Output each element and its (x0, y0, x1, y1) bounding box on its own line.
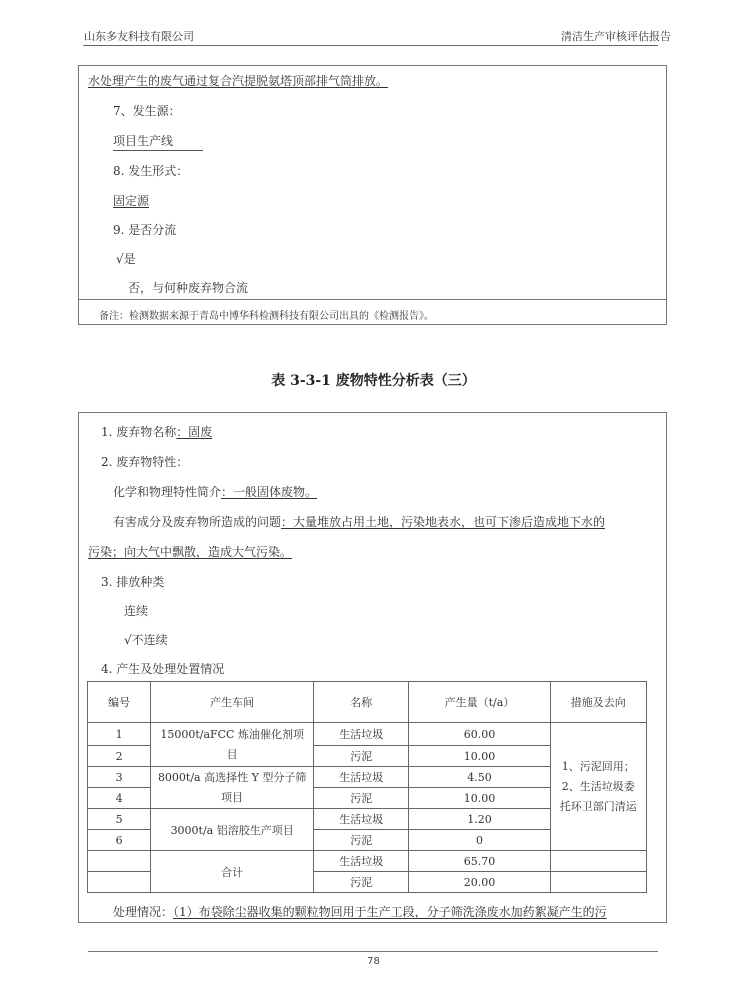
header-no: 编号 (88, 682, 151, 723)
hazard-value-line1: ：大量堆放占用土地，污染地表水，也可下渗后造成地下水的 (281, 515, 605, 529)
row-amount: 65.70 (409, 851, 550, 872)
row-no: 2 (88, 746, 151, 767)
row-name: 生活垃圾 (314, 809, 409, 830)
workshop-cell: 3000t/a 铝溶胶生产项目 (151, 809, 314, 851)
item8-value: 固定源 (113, 192, 149, 209)
row-no: 6 (88, 830, 151, 851)
hazard-row: 有害成分及废弃物所造成的问题：大量堆放占用土地，污染地表水，也可下渗后造成地下水… (113, 513, 605, 530)
workshop-cell: 8000t/a 高选择性 Y 型分子筛项目 (151, 767, 314, 809)
row-amount: 4.50 (409, 767, 550, 788)
item1-row: 1. 废弃物名称：固废 (101, 423, 212, 440)
row-amount: 10.00 (409, 746, 550, 767)
row-name: 污泥 (314, 788, 409, 809)
row-name: 污泥 (314, 746, 409, 767)
note-divider (79, 299, 666, 300)
row-name: 污泥 (314, 830, 409, 851)
table-header-row: 编号 产生车间 名称 产生量（t/a） 措施及去向 (88, 682, 647, 723)
item2-label: 2. 废弃物特性： (101, 453, 188, 470)
continued-text: 水处理产生的废气通过复合汽提脱氨塔顶部排气筒排放。 (88, 72, 388, 89)
row-amount: 20.00 (409, 872, 550, 893)
row-amount: 10.00 (409, 788, 550, 809)
item9-label: 9. 是否分流 (113, 221, 176, 238)
workshop-cell-total: 合计 (151, 851, 314, 893)
row-name: 污泥 (314, 872, 409, 893)
treatment-row: 处理情况：（1）布袋除尘器收集的颗粒物回用于生产工段，分子筛洗涤废水加药絮凝产生… (113, 903, 607, 920)
workshop-cell: 15000t/aFCC 炼油催化剂项目 (151, 723, 314, 767)
hazard-value-line2: 污染；向大气中飘散，造成大气污染。 (88, 543, 292, 560)
source-note: 备注：检测数据来源于青岛中博华科检测科技有限公司出具的《检测报告》。 (99, 307, 434, 322)
header-workshop: 产生车间 (151, 682, 314, 723)
treatment-label: 处理情况： (113, 905, 173, 919)
page-number: 78 (0, 956, 747, 967)
item3-option-continuous: 连续 (124, 602, 148, 619)
item9-option-no: 否，与何种废弃物合流 (128, 279, 248, 296)
item7-label: 7、发生源： (113, 102, 181, 119)
item8-label: 8. 发生形式： (113, 162, 188, 179)
item1-label: 1. 废弃物名称 (101, 425, 176, 439)
row-no (88, 872, 151, 893)
treatment-value: （1）布袋除尘器收集的颗粒物回用于生产工段，分子筛洗涤废水加药絮凝产生的污 (173, 905, 607, 919)
measures-cell: 1、污泥回用；2、生活垃圾委托环卫部门清运 (550, 723, 647, 851)
header-divider (83, 45, 658, 46)
row-no: 1 (88, 723, 151, 746)
header-name: 名称 (314, 682, 409, 723)
item4-label: 4. 产生及处理处置情况 (101, 660, 224, 677)
row-no (88, 851, 151, 872)
item1-value: ：固废 (176, 425, 212, 439)
row-name: 生活垃圾 (314, 767, 409, 788)
chem-label: 化学和物理特性简介 (113, 485, 221, 499)
footer-divider (88, 951, 658, 952)
header-company: 山东多友科技有限公司 (84, 28, 194, 44)
row-no: 3 (88, 767, 151, 788)
item7-value: 项目生产线 (113, 132, 203, 151)
row-no: 4 (88, 788, 151, 809)
row-amount: 60.00 (409, 723, 550, 746)
chem-value: ：一般固体废物。 (221, 485, 317, 499)
row-no: 5 (88, 809, 151, 830)
row-amount: 1.20 (409, 809, 550, 830)
header-amount: 产生量（t/a） (409, 682, 550, 723)
table-title: 表 3-3-1 废物特性分析表（三） (0, 370, 747, 390)
row-name: 生活垃圾 (314, 851, 409, 872)
item9-option-yes: √是 (116, 250, 136, 267)
hazard-label: 有害成分及废弃物所造成的问题 (113, 515, 281, 529)
header-measures: 措施及去向 (550, 682, 647, 723)
header-report-title: 清洁生产审核评估报告 (561, 28, 671, 44)
measures-empty (550, 851, 647, 872)
chem-row: 化学和物理特性简介：一般固体废物。 (113, 483, 317, 500)
row-amount: 0 (409, 830, 550, 851)
table-row-total: 合计 生活垃圾 65.70 (88, 851, 647, 872)
waste-analysis-box-continued: 水处理产生的废气通过复合汽提脱氨塔顶部排气筒排放。 7、发生源： 项目生产线 8… (78, 65, 667, 325)
item3-option-discontinuous: √不连续 (124, 631, 168, 648)
item3-label: 3. 排放种类 (101, 573, 164, 590)
row-name: 生活垃圾 (314, 723, 409, 746)
waste-table: 编号 产生车间 名称 产生量（t/a） 措施及去向 1 15000t/aFCC … (87, 681, 647, 893)
measures-empty (550, 872, 647, 893)
table-row: 1 15000t/aFCC 炼油催化剂项目 生活垃圾 60.00 1、污泥回用；… (88, 723, 647, 746)
